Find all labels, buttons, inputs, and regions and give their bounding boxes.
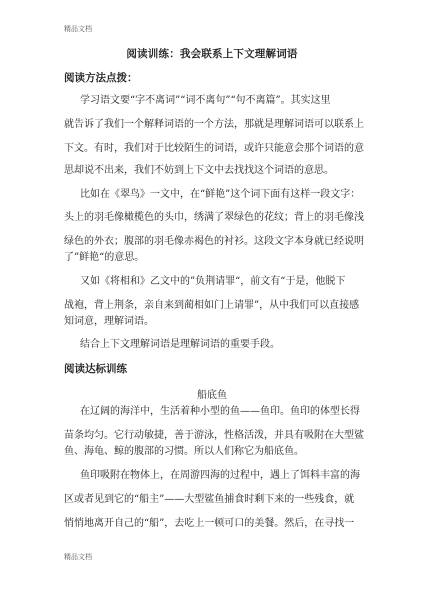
text-line: 了”鲜艳“的意思。 [64,253,144,263]
document-title: 阅读训练：我会联系上下文理解词语 [0,46,424,61]
text-line: 在辽阔的海洋中，生活着种小型的鱼——鱼印。鱼印的体型长得 [80,407,360,417]
text-line: 结合上下文理解词语是理解词语的重要手段。 [80,340,280,350]
text-line: 区或者见到它的“船主”——大型鲨鱼捕食时剩下来的一些残食，就 [64,495,354,505]
text-line: 学习语文要“字不离词”“词不离句”“句不离篇”。其实这里 [80,96,331,106]
text-line: 苗条均匀。它行动敏捷，善于游泳，性格活泼，并具有吸附在大型鲨 [64,431,364,441]
text-line: 又如《将相和》乙文中的”负荆请罪“，前文有“于是，他脱下 [80,277,345,287]
story-title: 船底鱼 [0,386,424,401]
page-header: 精品文档 [64,24,92,34]
page-footer: 精品文档 [64,552,92,562]
section-heading-practice: 阅读达标训练 [64,361,127,376]
text-line: 就告诉了我们一个解释词语的一个方法，那就是理解词语可以联系上 [64,120,364,130]
text-line: 头上的羽毛像橄榄色的头巾，绣满了翠绿色的花纹；背上的羽毛像浅 [64,213,364,223]
text-line: 鱼印吸附在物体上，在周游四海的过程中，遇上了饵料丰富的海 [80,471,360,481]
text-line: 下文。有时，我们对于比较陌生的词语，或许只能意会那个词语的意 [64,144,364,154]
section-heading-method: 阅读方法点拨： [64,70,138,85]
text-line: 战袍，背上荆条，亲自来到蔺相如门上请罪”，从中我们可以直接感 [64,301,359,311]
text-line: 知词意，理解词语。 [64,317,154,327]
text-line: 思却说不出来，我们不妨到上下文中去找找这个词语的意思。 [64,166,334,176]
text-line: 悄悄地离开自己的“船”，去吃上一顿可口的美餐。然后，在寻找一 [64,519,354,529]
text-line: 鱼、海龟、鲸的腹部的习惯。所以人们称它为船底鱼。 [64,447,304,457]
text-line: 绿色的外衣；腹部的羽毛像赤褐色的衬衫。这段文字本身就已经说明 [64,237,364,247]
text-line: 比如在《翠鸟》一文中，在“鲜艳”这个词下面有这样一段文字： [80,190,360,200]
